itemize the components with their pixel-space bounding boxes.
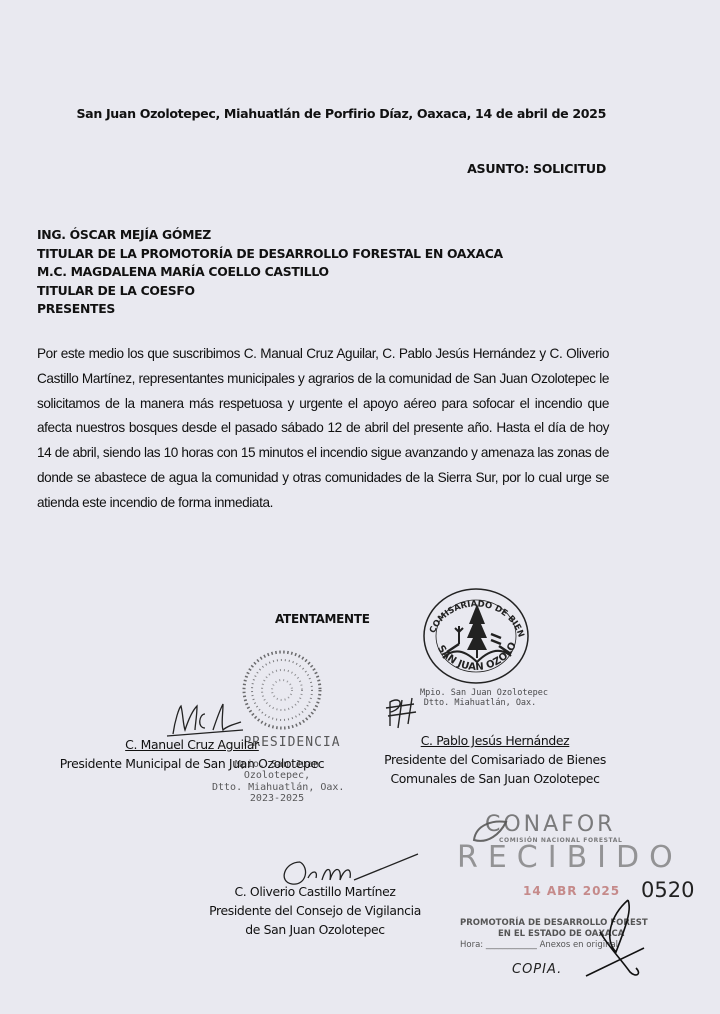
- handwritten-copia: COPIA.: [512, 962, 562, 977]
- received-label: RECIBIDO: [457, 840, 705, 875]
- svg-text:SAN JUAN OZOLOTEPEC: SAN JUAN OZOLOTEPEC: [417, 578, 519, 673]
- letter-page: San Juan Ozolotepec, Miahuatlán de Porfi…: [0, 0, 720, 1014]
- signature-pablo-icon: [384, 694, 424, 730]
- signatory-name: C. Manuel Cruz Aguilar: [42, 735, 342, 754]
- recipient-line: PRESENTES: [37, 300, 503, 319]
- recipient-line: TITULAR DE LA PROMOTORÍA DE DESARROLLO F…: [37, 245, 503, 264]
- receiver-signature-icon: [580, 896, 650, 980]
- signatory-role: Comunales de San Juan Ozolotepec: [360, 769, 630, 788]
- signatory-role: de San Juan Ozolotepec: [200, 920, 430, 939]
- body-paragraph: Por este medio los que suscribimos C. Ma…: [37, 342, 609, 516]
- recipient-line: ING. ÓSCAR MEJÍA GÓMEZ: [37, 226, 503, 245]
- signatory-role: Presidente del Consejo de Vigilancia: [200, 901, 430, 920]
- signatory-role: Presidente Municipal de San Juan Ozolote…: [42, 754, 342, 773]
- signatory-name: C. Oliverio Castillo Martínez: [200, 882, 430, 901]
- signature-manuel-icon: [165, 700, 245, 740]
- place-date: San Juan Ozolotepec, Miahuatlán de Porfi…: [0, 106, 606, 121]
- municipal-seal-icon: [240, 648, 324, 732]
- conafor-received-stamp: CONAFOR COMISIÓN NACIONAL FORESTAL RECIB…: [455, 812, 705, 875]
- signatory-name: C. Pablo Jesús Hernández: [360, 731, 630, 750]
- signatory-pablo: C. Pablo Jesús Hernández Presidente del …: [360, 731, 630, 788]
- closing: ATENTAMENTE: [275, 612, 370, 626]
- recipient-line: TITULAR DE LA COESFO: [37, 282, 503, 301]
- comisariado-stamp-caption: Mpio. San Juan Ozolotepec Dtto. Miahuatl…: [420, 688, 540, 708]
- signatory-role: Presidente del Comisariado de Bienes: [360, 750, 630, 769]
- comisariado-seal-icon: COMISARIADO DE BIENES COMUNALES SAN JUAN…: [421, 586, 533, 686]
- recipient-line: M.C. MAGDALENA MARÍA COELLO CASTILLO: [37, 263, 503, 282]
- conafor-title: CONAFOR: [485, 812, 705, 837]
- signatory-manuel: C. Manuel Cruz Aguilar Presidente Munici…: [42, 735, 342, 773]
- signatory-oliverio: C. Oliverio Castillo Martínez Presidente…: [200, 882, 430, 939]
- subject-line: ASUNTO: SOLICITUD: [0, 161, 606, 176]
- recipients-block: ING. ÓSCAR MEJÍA GÓMEZ TITULAR DE LA PRO…: [37, 226, 503, 319]
